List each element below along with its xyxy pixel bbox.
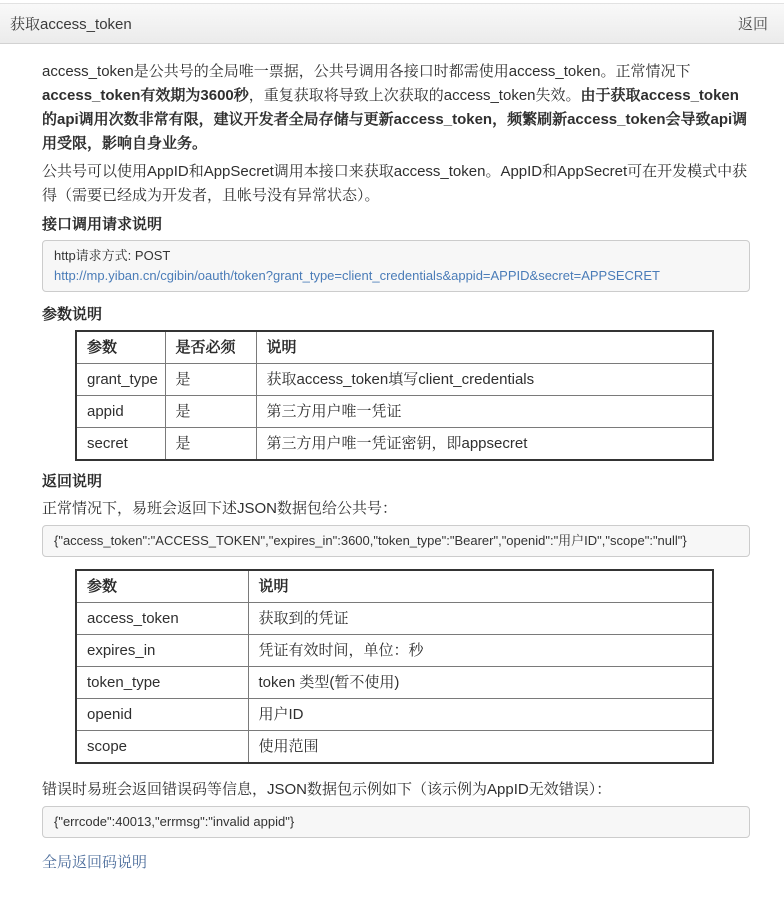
table-header-cell: 说明 — [256, 331, 713, 364]
intro-text-run: ，重复获取将导致上次获取的access_token失效。 — [249, 87, 581, 104]
table-cell: token_type — [76, 667, 248, 699]
table-cell: 获取access_token填写client_credentials — [256, 364, 713, 396]
table-row: access_token获取到的凭证 — [76, 603, 713, 635]
table-cell: appid — [76, 396, 165, 428]
document-body: access_token是公共号的全局唯一票据，公共号调用各接口时都需使用acc… — [0, 44, 784, 874]
error-intro-paragraph: 错误时易班会返回错误码等信息，JSON数据包示例如下（该示例为AppID无效错误… — [42, 778, 750, 802]
table-cell: 获取到的凭证 — [248, 603, 713, 635]
table-header-cell: 是否必须 — [165, 331, 256, 364]
table-cell: 是 — [165, 364, 256, 396]
table-header-cell: 参数 — [76, 331, 165, 364]
response-intro-paragraph: 正常情况下，易班会返回下述JSON数据包给公共号： — [42, 497, 750, 521]
table-cell: 使用范围 — [248, 731, 713, 764]
table-cell: 用户ID — [248, 699, 713, 731]
table-cell: token 类型(暂不使用) — [248, 667, 713, 699]
table-row: expires_in凭证有效时间，单位：秒 — [76, 635, 713, 667]
appid-paragraph: 公共号可以使用AppID和AppSecret调用本接口来获取access_tok… — [42, 160, 750, 208]
intro-text-run: access_token是公共号的全局唯一票据，公共号调用各接口时都需使用acc… — [42, 63, 690, 80]
table-cell: 凭证有效时间，单位：秒 — [248, 635, 713, 667]
error-code-block: {"errcode":40013,"errmsg":"invalid appid… — [42, 806, 750, 838]
table-header-row: 参数是否必须说明 — [76, 331, 713, 364]
table-header-cell: 参数 — [76, 570, 248, 603]
params-section-heading: 参数说明 — [42, 304, 750, 325]
table-row: appid是第三方用户唯一凭证 — [76, 396, 713, 428]
table-row: scope使用范围 — [76, 731, 713, 764]
table-row: grant_type是获取access_token填写client_creden… — [76, 364, 713, 396]
response-code-block: {"access_token":"ACCESS_TOKEN","expires_… — [42, 525, 750, 557]
page-title: 获取access_token — [10, 13, 132, 34]
intro-paragraph: access_token是公共号的全局唯一票据，公共号调用各接口时都需使用acc… — [42, 60, 750, 156]
http-method-line: http请求方式: POST — [54, 248, 170, 263]
request-url-line: http://mp.yiban.cn/cgibin/oauth/token?gr… — [54, 268, 660, 283]
table-cell: grant_type — [76, 364, 165, 396]
table-cell: 第三方用户唯一凭证密钥，即appsecret — [256, 428, 713, 461]
table-row: secret是第三方用户唯一凭证密钥，即appsecret — [76, 428, 713, 461]
table-cell: secret — [76, 428, 165, 461]
request-code-block: http请求方式: POST http://mp.yiban.cn/cgibin… — [42, 240, 750, 292]
back-button[interactable]: 返回 — [738, 13, 768, 34]
table-header-row: 参数说明 — [76, 570, 713, 603]
table-row: openid用户ID — [76, 699, 713, 731]
params-table: 参数是否必须说明grant_type是获取access_token填写clien… — [75, 330, 714, 461]
table-cell: scope — [76, 731, 248, 764]
table-header-cell: 说明 — [248, 570, 713, 603]
response-table: 参数说明access_token获取到的凭证expires_in凭证有效时间，单… — [75, 569, 714, 764]
table-cell: access_token — [76, 603, 248, 635]
table-cell: 是 — [165, 396, 256, 428]
table-cell: 是 — [165, 428, 256, 461]
response-section-heading: 返回说明 — [42, 471, 750, 492]
intro-text-run: access_token有效期为3600秒 — [42, 87, 249, 104]
request-section-heading: 接口调用请求说明 — [42, 214, 750, 235]
page-header: 获取access_token 返回 — [0, 3, 784, 44]
table-cell: 第三方用户唯一凭证 — [256, 396, 713, 428]
global-return-codes-link[interactable]: 全局返回码说明 — [42, 852, 147, 874]
table-cell: openid — [76, 699, 248, 731]
table-cell: expires_in — [76, 635, 248, 667]
table-row: token_typetoken 类型(暂不使用) — [76, 667, 713, 699]
